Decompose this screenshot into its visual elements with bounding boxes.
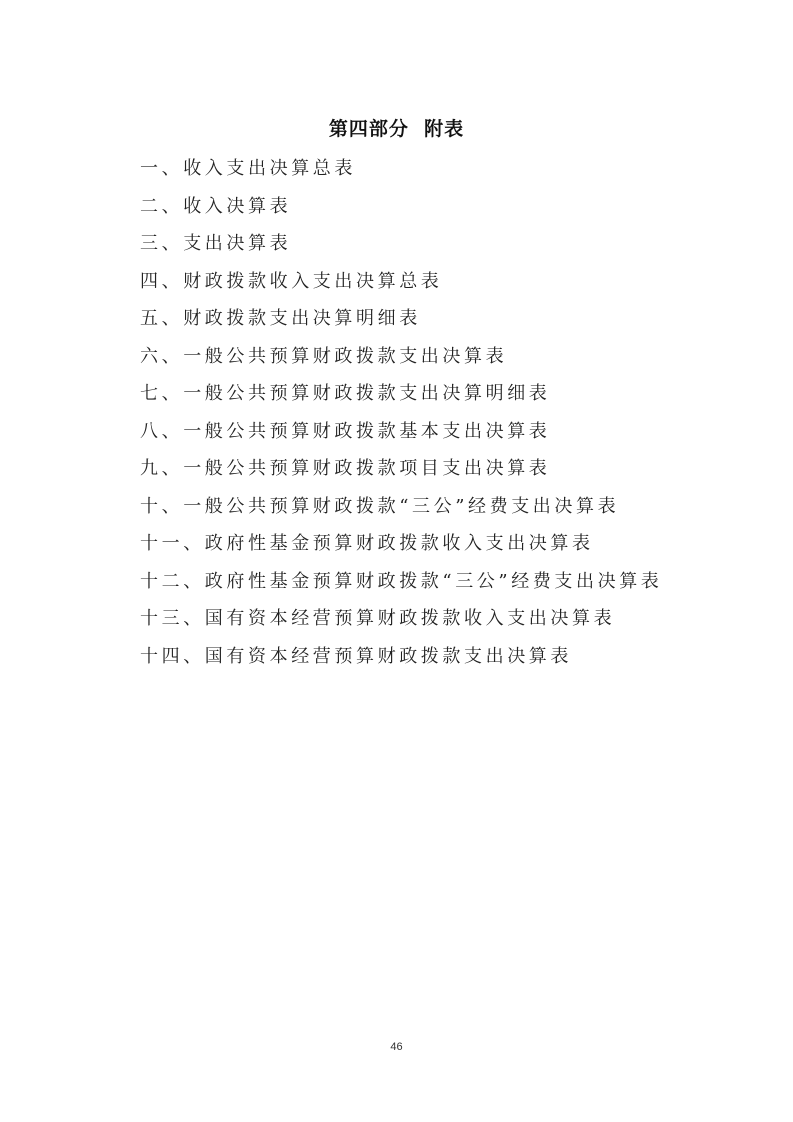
- page-number: 46: [0, 1041, 793, 1053]
- list-item: 一、收入支出决算总表: [140, 150, 662, 188]
- list-item: 十四、国有资本经营预算财政拨款支出决算表: [140, 638, 662, 676]
- list-item: 七、一般公共预算财政拨款支出决算明细表: [140, 375, 662, 413]
- appendix-table-list: 一、收入支出决算总表 二、收入决算表 三、支出决算表 四、财政拨款收入支出决算总…: [140, 150, 662, 675]
- list-item: 五、财政拨款支出决算明细表: [140, 300, 662, 338]
- list-item: 十二、政府性基金预算财政拨款“三公”经费支出决算表: [140, 563, 662, 601]
- list-item: 十三、国有资本经营预算财政拨款收入支出决算表: [140, 600, 662, 638]
- list-item: 二、收入决算表: [140, 188, 662, 226]
- list-item: 六、一般公共预算财政拨款支出决算表: [140, 338, 662, 376]
- list-item: 三、支出决算表: [140, 225, 662, 263]
- list-item: 十一、政府性基金预算财政拨款收入支出决算表: [140, 525, 662, 563]
- page-title: 第四部分 附表: [0, 114, 793, 141]
- list-item: 四、财政拨款收入支出决算总表: [140, 263, 662, 301]
- list-item: 九、一般公共预算财政拨款项目支出决算表: [140, 450, 662, 488]
- list-item: 八、一般公共预算财政拨款基本支出决算表: [140, 413, 662, 451]
- list-item: 十、一般公共预算财政拨款“三公”经费支出决算表: [140, 488, 662, 526]
